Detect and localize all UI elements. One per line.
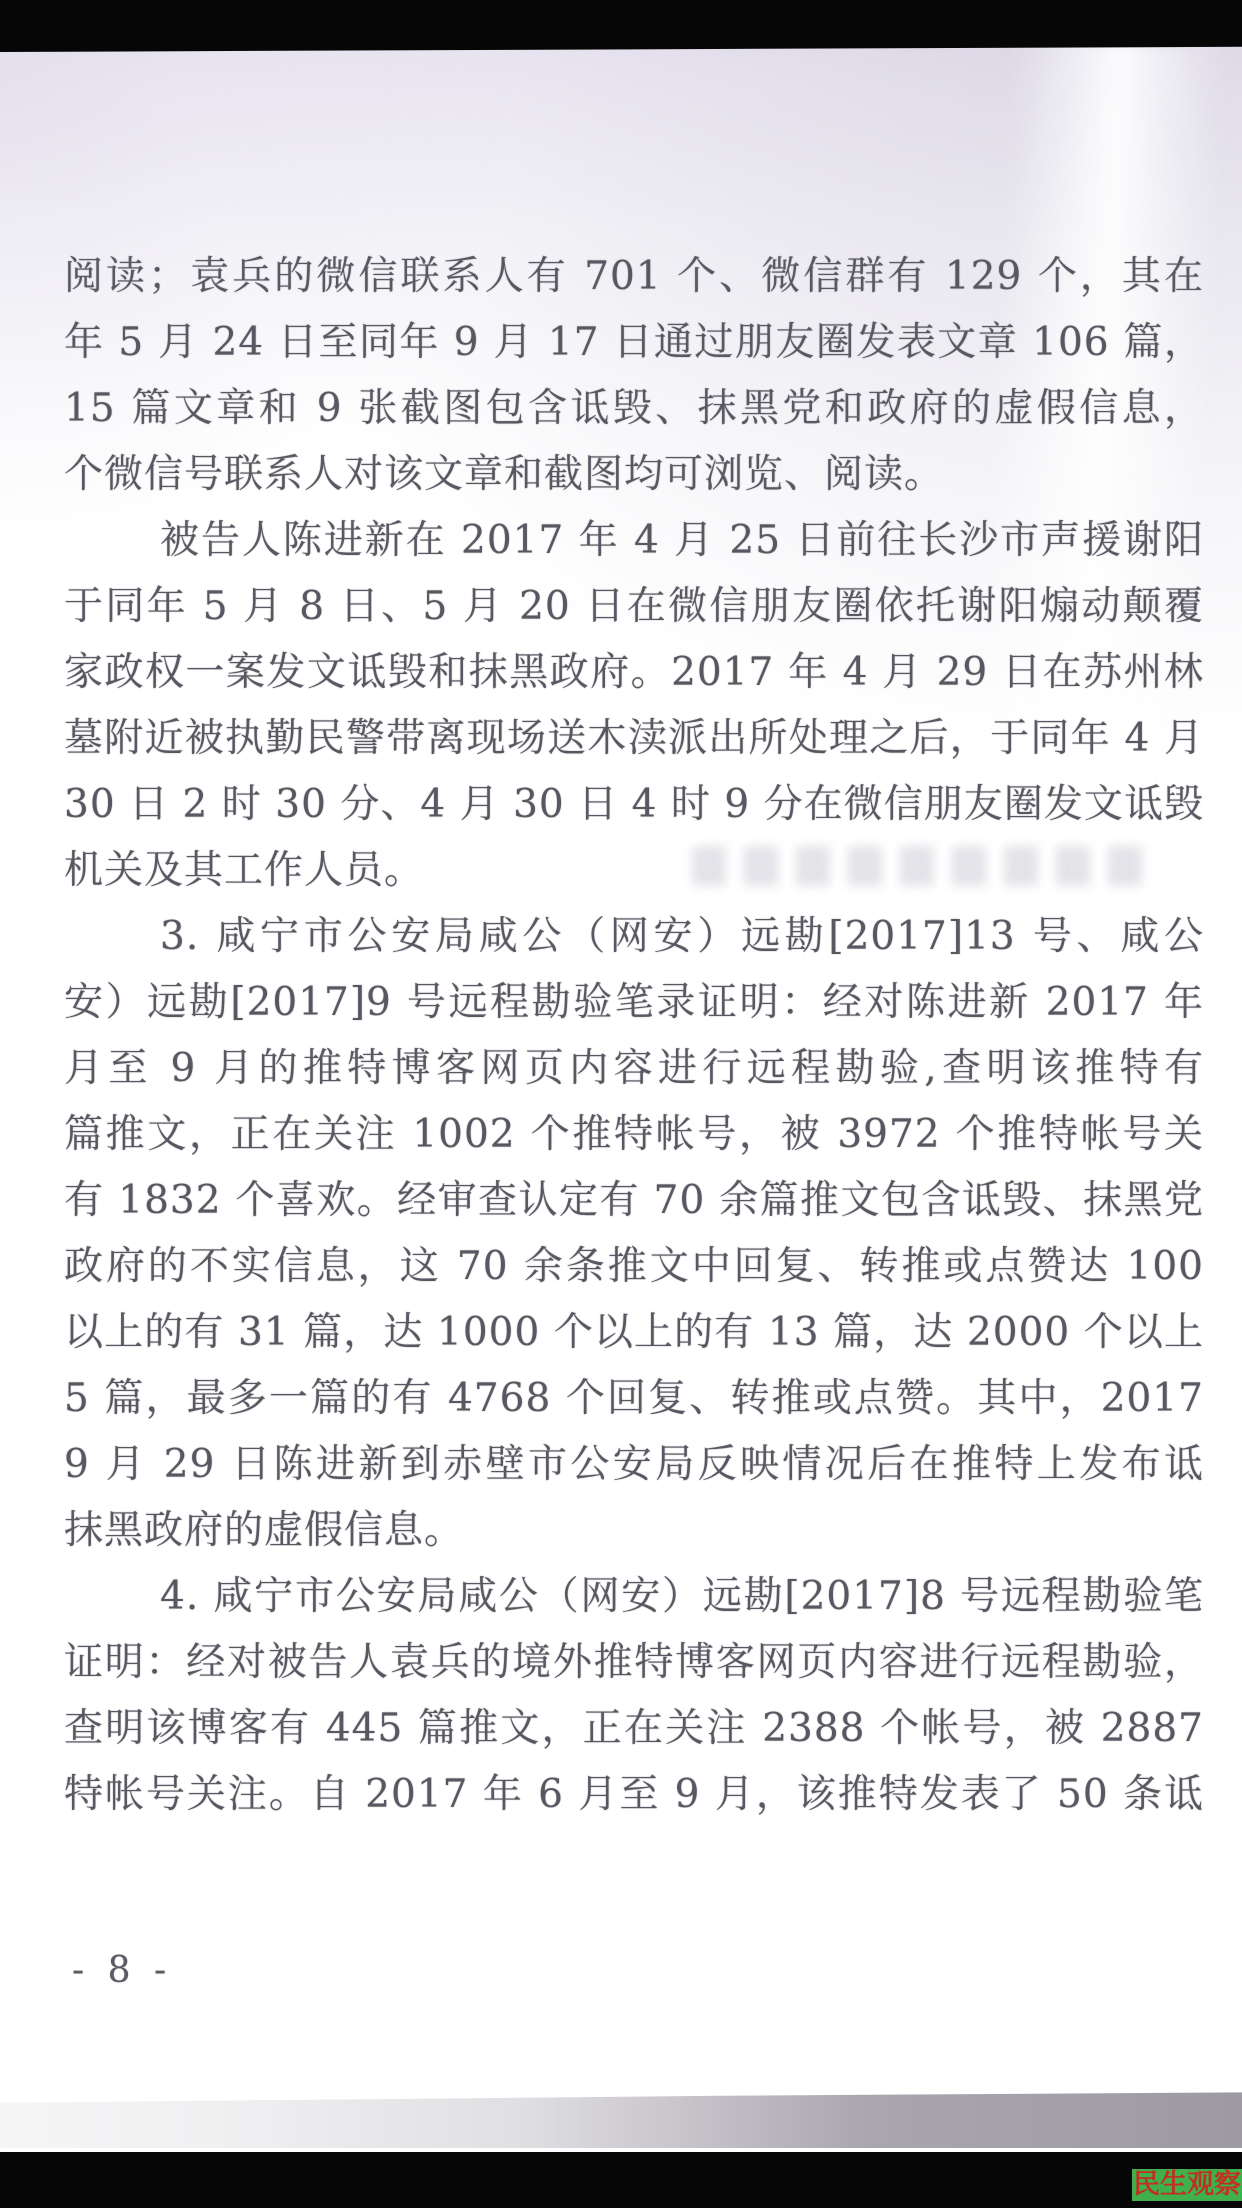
body-line: 家政权一案发文诋毁和抹黑政府。2017 年 4 月 29 日在苏州林昭 [64,640,1204,706]
body-line: 月至 9 月的推特博客网页内容进行远程勘验,查明该推特有 1390 [64,1036,1204,1102]
body-line: 30 日 2 时 30 分、4 月 30 日 4 时 9 分在微信朋友圈发文诋毁… [64,772,1204,838]
body-line: 查明该博客有 445 篇推文，正在关注 2388 个帐号，被 2887 个推 [64,1696,1204,1762]
body-line: 墓附近被执勤民警带离现场送木渎派出所处理之后，于同年 4 月 [64,706,1204,772]
body-line: 被告人陈进新在 2017 年 4 月 25 日前往长沙市声援谢阳之后， [64,508,1204,574]
watermark-badge: 民生观察 [1132,2169,1242,2201]
body-line: 个微信号联系人对该文章和截图均可浏览、阅读。 [64,442,1204,508]
body-line: 于同年 5 月 8 日、5 月 20 日在微信朋友圈依托谢阳煽动颠覆国 [64,574,1204,640]
scanned-court-document-page: { "doc": { "lines": [ "阅读；袁兵的微信联系人有 701 … [0,0,1242,2208]
body-line: 有 1832 个喜欢。经审查认定有 70 余篇推文包含诋毁、抹黑党和 [64,1168,1204,1234]
body-line: 3. 咸宁市公安局咸公（网安）远勘[2017]13 号、咸公（网 [64,904,1204,970]
body-line: 4. 咸宁市公安局咸公（网安）远勘[2017]8 号远程勘验笔录 [64,1564,1204,1630]
body-line: 篇推文，正在关注 1002 个推特帐号，被 3972 个推特帐号关注， [64,1102,1204,1168]
body-line: 9 月 29 日陈进新到赤壁市公安局反映情况后在推特上发布诋毁、 [64,1432,1204,1498]
body-line: 政府的不实信息，这 70 余条推文中回复、转推或点赞达 100 个 [64,1234,1204,1300]
body-line: 以上的有 31 篇，达 1000 个以上的有 13 篇，达 2000 个以上的有 [64,1300,1204,1366]
body-line: 特帐号关注。自 2017 年 6 月至 9 月，该推特发表了 50 条诋毁、 [64,1762,1204,1828]
body-line: 证明：经对被告人袁兵的境外推特博客网页内容进行远程勘验， [64,1630,1204,1696]
body-line: 年 5 月 24 日至同年 9 月 17 日通过朋友圈发表文章 106 篇，其中 [64,310,1204,376]
body-line: 机关及其工作人员。 [64,838,1204,904]
watermark-text: 民生观察 [1133,2169,1241,2201]
bottom-scan-band [0,2152,1242,2208]
document-body: 阅读；袁兵的微信联系人有 701 个、微信群有 129 个，其在 2017 年 … [64,244,1204,1828]
top-scan-band [0,0,1242,52]
body-line: 抹黑政府的虚假信息。 [64,1498,1204,1564]
body-line: 阅读；袁兵的微信联系人有 701 个、微信群有 129 个，其在 2017 [64,244,1204,310]
body-line: 5 篇，最多一篇的有 4768 个回复、转推或点赞。其中，2017 年 [64,1366,1204,1432]
body-line: 安）远勘[2017]9 号远程勘验笔录证明：经对陈进新 2017 年 7 [64,970,1204,1036]
page-number: - 8 - [72,1950,172,1991]
body-line: 15 篇文章和 9 张截图包含诋毁、抹黑党和政府的虚假信息，701 [64,376,1204,442]
